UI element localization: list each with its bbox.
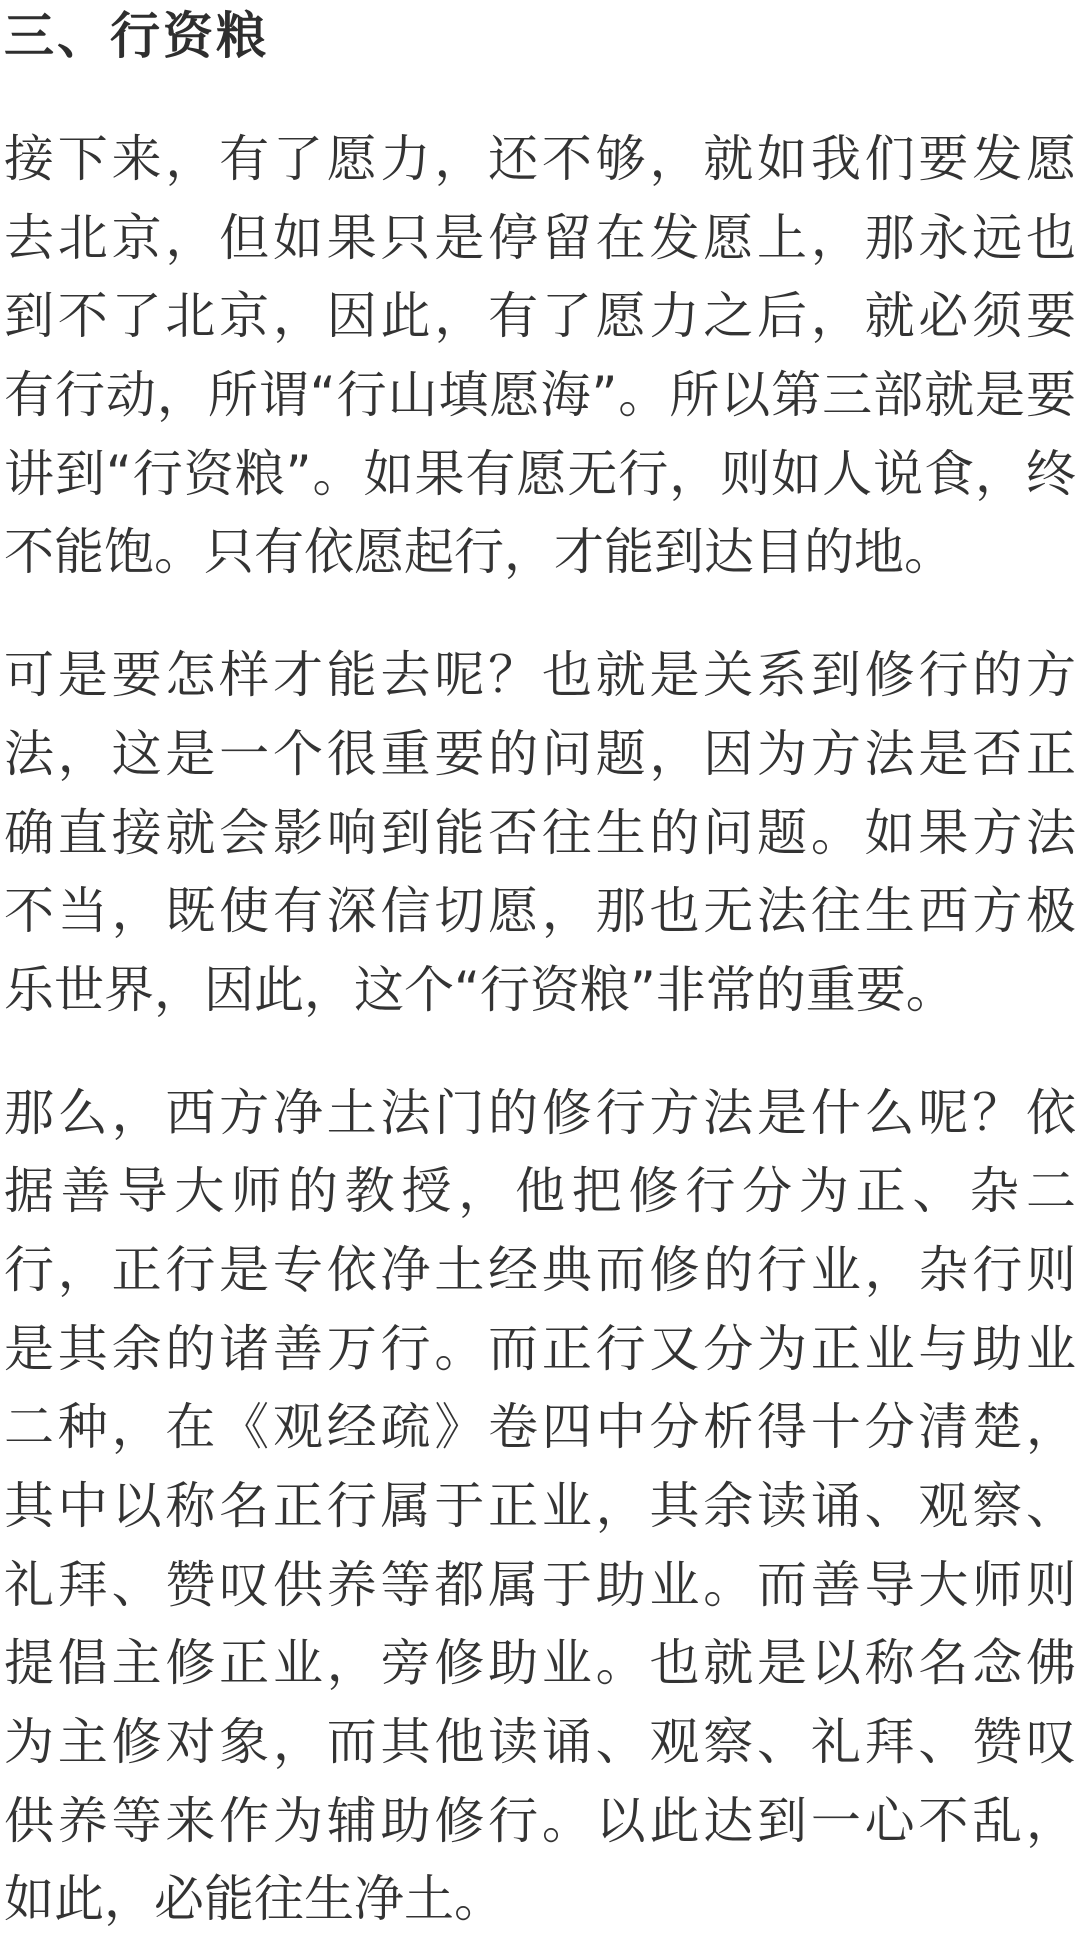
text-line: 如此，必能往生净土。 bbox=[4, 1860, 1076, 1939]
text-line: 礼拜、赞叹供养等都属于助业。而善导大师则 bbox=[4, 1546, 1076, 1625]
text-line: 供养等来作为辅助修行。以此达到一心不乱， bbox=[4, 1782, 1076, 1861]
text-line: 确直接就会影响到能否往生的问题。如果方法 bbox=[4, 794, 1076, 873]
text-line: 据善导大师的教授，他把修行分为正、杂二 bbox=[4, 1152, 1076, 1231]
text-line: 有行动，所谓“行山填愿海”。所以第三部就是要 bbox=[4, 356, 1076, 435]
text-line: 提倡主修正业，旁修助业。也就是以称名念佛 bbox=[4, 1624, 1076, 1703]
text-line: 不当，既使有深信切愿，那也无法往生西方极 bbox=[4, 872, 1076, 951]
text-line: 是其余的诸善万行。而正行又分为正业与助业 bbox=[4, 1310, 1076, 1389]
paragraph-1: 接下来，有了愿力，还不够，就如我们要发愿 去北京，但如果只是停留在发愿上，那永远… bbox=[4, 120, 1076, 592]
article: 三、行资粮 接下来，有了愿力，还不够，就如我们要发愿 去北京，但如果只是停留在发… bbox=[0, 0, 1080, 1939]
text-line: 其中以称名正行属于正业，其余读诵、观察、 bbox=[4, 1467, 1076, 1546]
text-line: 法，这是一个很重要的问题，因为方法是否正 bbox=[4, 715, 1076, 794]
text-line: 可是要怎样才能去呢？也就是关系到修行的方 bbox=[4, 636, 1076, 715]
text-line: 不能饱。只有依愿起行，才能到达目的地。 bbox=[4, 513, 1076, 592]
text-line: 到不了北京，因此，有了愿力之后，就必须要 bbox=[4, 277, 1076, 356]
text-line: 讲到“行资粮”。如果有愿无行，则如人说食，终 bbox=[4, 435, 1076, 514]
text-line: 接下来，有了愿力，还不够，就如我们要发愿 bbox=[4, 120, 1076, 199]
text-line: 行，正行是专依净土经典而修的行业，杂行则 bbox=[4, 1231, 1076, 1310]
text-line: 乐世界，因此，这个“行资粮”非常的重要。 bbox=[4, 951, 1076, 1030]
paragraph-2: 可是要怎样才能去呢？也就是关系到修行的方 法，这是一个很重要的问题，因为方法是否… bbox=[4, 636, 1076, 1029]
text-line: 二种，在《观经疏》卷四中分析得十分清楚， bbox=[4, 1388, 1076, 1467]
text-line: 去北京，但如果只是停留在发愿上，那永远也 bbox=[4, 199, 1076, 278]
paragraph-3: 那么，西方净土法门的修行方法是什么呢？依 据善导大师的教授，他把修行分为正、杂二… bbox=[4, 1074, 1076, 1940]
section-heading: 三、行资粮 bbox=[4, 0, 1076, 72]
text-line: 那么，西方净土法门的修行方法是什么呢？依 bbox=[4, 1074, 1076, 1153]
text-line: 为主修对象，而其他读诵、观察、礼拜、赞叹 bbox=[4, 1703, 1076, 1782]
